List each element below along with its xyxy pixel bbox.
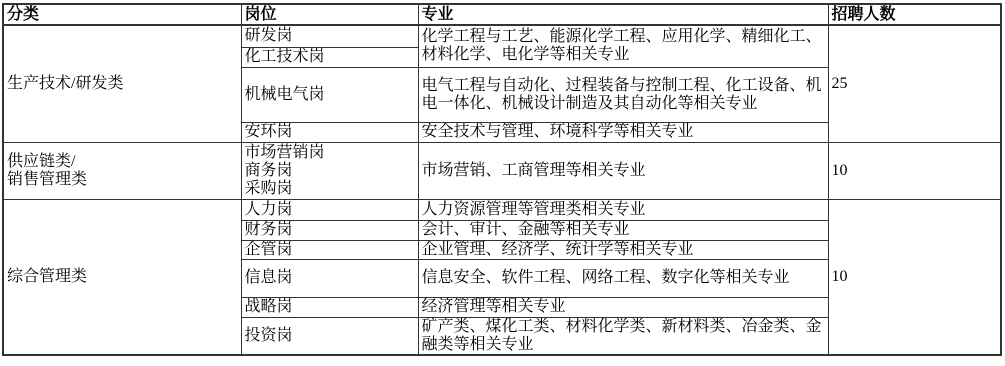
header-major: 专业 <box>418 4 828 25</box>
major-cell-chemistry: 化学工程与工艺、能源化学工程、应用化学、精细化工、材料化学、电化学等相关专业 <box>418 25 828 67</box>
major-cell-info-security: 信息安全、软件工程、网络工程、数字化等相关专业 <box>418 259 828 297</box>
position-cell-mech-elec: 机械电气岗 <box>241 67 418 122</box>
headcount-cell-supply-sales: 10 <box>828 142 1001 199</box>
major-cell-hr: 人力资源管理等管理类相关专业 <box>418 199 828 220</box>
major-cell-mech-elec: 电气工程与自动化、过程装备与控制工程、化工设备、机电一体化、机械设计制造及其自动… <box>418 67 828 122</box>
position-cell-info: 信息岗 <box>241 259 418 297</box>
position-cell-strategy: 战略岗 <box>241 297 418 317</box>
category-cell-production-tech: 生产技术/研发类 <box>3 25 241 142</box>
position-cell-rnd: 研发岗 <box>241 25 418 47</box>
major-cell-marketing: 市场营销、工商管理等相关专业 <box>418 142 828 199</box>
page: 分类 岗位 专业 招聘人数 生产技术/研发类 研发岗 化学工程与工艺、能源化学工… <box>0 0 1005 366</box>
header-position: 岗位 <box>241 4 418 25</box>
position-cell-hr: 人力岗 <box>241 199 418 220</box>
position-cell-safety-env: 安环岗 <box>241 122 418 142</box>
position-cell-chem-tech: 化工技术岗 <box>241 47 418 67</box>
major-cell-safety-env: 安全技术与管理、环境科学等相关专业 <box>418 122 828 142</box>
table-row: 供应链类/ 销售管理类 市场营销岗 商务岗 采购岗 市场营销、工商管理等相关专业… <box>3 142 1001 199</box>
position-cell-enterprise-mgmt: 企管岗 <box>241 240 418 259</box>
table-row: 综合管理类 人力岗 人力资源管理等管理类相关专业 10 <box>3 199 1001 220</box>
major-cell-economics: 经济管理等相关专业 <box>418 297 828 317</box>
major-cell-accounting: 会计、审计、金融等相关专业 <box>418 220 828 240</box>
headcount-cell-production-tech: 25 <box>828 25 1001 142</box>
major-cell-mining: 矿产类、煤化工类、材料化学类、新材料类、冶金类、金融类等相关专业 <box>418 317 828 355</box>
table-row: 生产技术/研发类 研发岗 化学工程与工艺、能源化学工程、应用化学、精细化工、材料… <box>3 25 1001 47</box>
position-cell-marketing-group: 市场营销岗 商务岗 采购岗 <box>241 142 418 199</box>
header-category: 分类 <box>3 4 241 25</box>
major-cell-enterprise-mgmt: 企业管理、经济学、统计学等相关专业 <box>418 240 828 259</box>
category-cell-general-mgmt: 综合管理类 <box>3 199 241 355</box>
header-row: 分类 岗位 专业 招聘人数 <box>3 4 1001 25</box>
position-cell-finance: 财务岗 <box>241 220 418 240</box>
header-headcount: 招聘人数 <box>828 4 1001 25</box>
position-cell-investment: 投资岗 <box>241 317 418 355</box>
category-cell-supply-sales: 供应链类/ 销售管理类 <box>3 142 241 199</box>
headcount-cell-general-mgmt: 10 <box>828 199 1001 355</box>
recruitment-table: 分类 岗位 专业 招聘人数 生产技术/研发类 研发岗 化学工程与工艺、能源化学工… <box>2 3 1002 356</box>
